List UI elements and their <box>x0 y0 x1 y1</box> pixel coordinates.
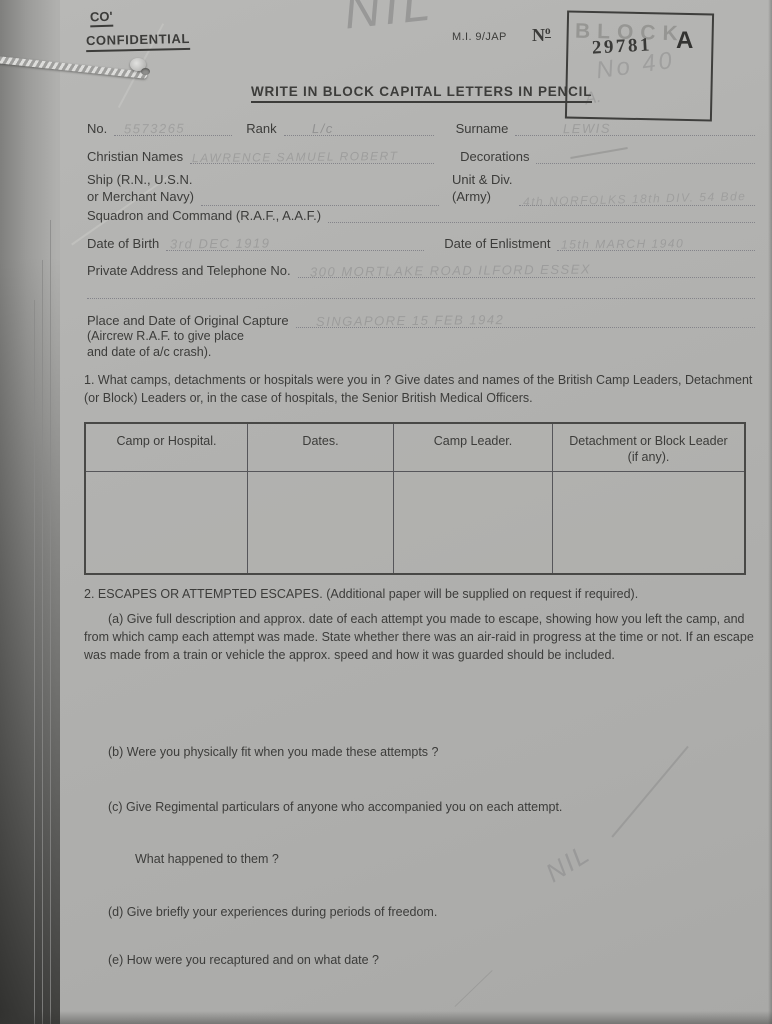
question-2b: (b) Were you physically fit when you mad… <box>108 744 438 762</box>
decorations-label: Decorations <box>434 149 536 164</box>
printed-letter-a: A <box>676 27 693 55</box>
ship-line <box>201 188 439 206</box>
pencil-stroke-short <box>455 970 493 1007</box>
serial-no-label: No <box>532 25 551 46</box>
confidential-stamp: CONFIDENTIAL <box>86 31 190 52</box>
surname-value: LEWIS <box>563 121 611 137</box>
dob-line: 3rd DEC 1919 <box>166 233 424 251</box>
question-2c: (c) Give Regimental particulars of anyon… <box>108 799 562 817</box>
punch-hole <box>141 68 150 75</box>
nil-annotation-mid: NIL <box>540 838 596 889</box>
row-capture: Place and Date of Original Capture SINGA… <box>87 310 755 328</box>
book-binding-edge <box>0 0 60 1024</box>
no-value: 5573265 <box>124 121 185 137</box>
table-cell-empty <box>394 472 553 573</box>
no-line: 5573265 <box>114 118 232 136</box>
squadron-line <box>328 205 755 223</box>
table-header-dates: Dates. <box>248 424 394 472</box>
nil-annotation-top: NIL <box>341 0 436 41</box>
enlistment-line: 15th MARCH 1940 <box>557 233 755 251</box>
row-address: Private Address and Telephone No. 300 MO… <box>87 260 755 278</box>
pencil-stroke-long <box>611 746 688 837</box>
camps-table: Camp or Hospital. Dates. Camp Leader. De… <box>84 422 746 575</box>
scanned-form-page: CO' CONFIDENTIAL NIL M.I. 9/JAP No BLOCK… <box>0 0 772 1024</box>
form-title: WRITE IN BLOCK CAPITAL LETTERS IN PENCIL <box>251 84 592 99</box>
question-1: 1. What camps, detachments or hospitals … <box>84 372 760 408</box>
ship-label: Ship (R.N., U.S.N. or Merchant Navy) <box>87 172 201 206</box>
christian-names-value: LAWRENCE SAMUEL ROBERT <box>192 149 399 165</box>
confidential-fragment: CO' <box>90 9 113 28</box>
no-label: No. <box>87 121 114 136</box>
surname-label: Surname <box>434 121 516 136</box>
page-edge-line <box>50 220 51 1024</box>
question-2a: (a) Give full description and approx. da… <box>84 611 762 664</box>
scan-bottom-shadow <box>0 1011 772 1024</box>
row-no-rank-surname: No. 5573265 Rank L/c Surname LEWIS <box>87 118 755 136</box>
dob-value: 3rd DEC 1919 <box>170 235 271 251</box>
address-value: 300 MORTLAKE ROAD ILFORD ESSEX <box>310 262 591 280</box>
page-edge-line <box>34 300 35 1024</box>
row-names-decorations: Christian Names LAWRENCE SAMUEL ROBERT D… <box>87 146 755 164</box>
rank-line: L/c <box>284 118 434 136</box>
question-2c-followup: What happened to them ? <box>135 851 279 869</box>
dob-label: Date of Birth <box>87 236 166 251</box>
address-line: 300 MORTLAKE ROAD ILFORD ESSEX <box>298 260 755 278</box>
enlistment-value: 15th MARCH 1940 <box>561 236 684 251</box>
form-reference: M.I. 9/JAP <box>452 31 507 43</box>
table-cell-empty <box>86 472 248 573</box>
capture-note: (Aircrew R.A.F. to give place and date o… <box>87 328 244 361</box>
address-line2 <box>87 281 755 299</box>
unit-label: Unit & Div. (Army) <box>452 172 519 206</box>
surname-line: LEWIS <box>515 118 755 136</box>
table-header-detachment: Detachment or Block Leader (if any). <box>553 424 744 472</box>
capture-value: SINGAPORE 15 FEB 1942 <box>316 312 504 329</box>
address-label: Private Address and Telephone No. <box>87 263 298 278</box>
row-address-continuation <box>87 281 755 299</box>
rank-value: L/c <box>312 121 334 136</box>
scan-right-shadow <box>768 0 772 1024</box>
table-header-leader: Camp Leader. <box>394 424 553 472</box>
christian-names-line: LAWRENCE SAMUEL ROBERT <box>190 146 434 164</box>
row-dob-enlistment: Date of Birth 3rd DEC 1919 Date of Enlis… <box>87 233 755 251</box>
rank-label: Rank <box>232 121 283 136</box>
question-2e: (e) How were you recaptured and on what … <box>108 952 379 970</box>
question-2d: (d) Give briefly your experiences during… <box>108 904 437 922</box>
enlistment-label: Date of Enlistment <box>424 236 557 251</box>
table-header-camp: Camp or Hospital. <box>86 424 248 472</box>
table-cell-empty <box>248 472 394 573</box>
christian-names-label: Christian Names <box>87 149 190 164</box>
page-edge-line <box>42 260 43 1024</box>
decorations-line <box>536 146 755 164</box>
table-cell-empty <box>553 472 744 573</box>
capture-label: Place and Date of Original Capture <box>87 313 296 328</box>
row-unit: Unit & Div. (Army) 4th NORFOLKS 18th DIV… <box>452 172 755 206</box>
row-squadron: Squadron and Command (R.A.F., A.A.F.) <box>87 205 755 223</box>
question-2-heading: 2. ESCAPES OR ATTEMPTED ESCAPES. (Additi… <box>84 586 760 604</box>
squadron-label: Squadron and Command (R.A.F., A.A.F.) <box>87 208 328 223</box>
row-ship: Ship (R.N., U.S.N. or Merchant Navy) <box>87 172 439 206</box>
capture-line: SINGAPORE 15 FEB 1942 <box>296 310 755 328</box>
unit-line: 4th NORFOLKS 18th DIV. 54 Bde <box>519 188 755 206</box>
